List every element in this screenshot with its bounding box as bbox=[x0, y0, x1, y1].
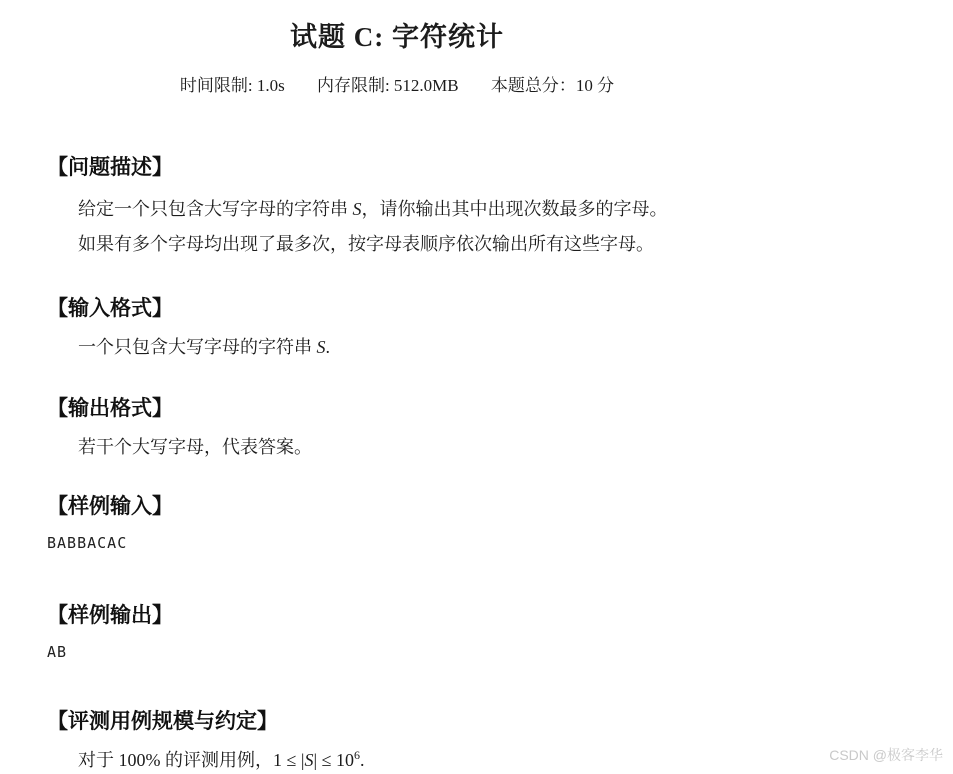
section-input-format: 【输入格式】 一个只包含大写字母的字符串 S. bbox=[47, 296, 747, 361]
constraint-formula: 1 ≤ |S| ≤ 106. bbox=[273, 750, 364, 770]
output-format-heading: 【输出格式】 bbox=[47, 396, 747, 421]
memory-limit: 内存限制: 512.0MB bbox=[317, 76, 459, 95]
output-format-body: 若干个大写字母，代表答案。 bbox=[47, 433, 747, 461]
section-sample-output: 【样例输出】 AB bbox=[47, 603, 747, 662]
section-output-format: 【输出格式】 若干个大写字母，代表答案。 bbox=[47, 396, 747, 461]
sample-input-code: BABBACAC bbox=[47, 533, 747, 553]
limits-line: 时间限制: 1.0s 内存限制: 512.0MB 本题总分：10 分 bbox=[47, 75, 747, 97]
problem-description-heading: 【问题描述】 bbox=[47, 155, 747, 180]
csdn-watermark: CSDN @极客李华 bbox=[829, 745, 943, 765]
problem-description-paragraph-1: 给定一个只包含大写字母的字符串 S，请你输出其中出现次数最多的字母。 bbox=[47, 192, 747, 227]
section-sample-input: 【样例输入】 BABBACAC bbox=[47, 494, 747, 553]
math-variable-s: S bbox=[353, 199, 362, 219]
sample-output-heading: 【样例输出】 bbox=[47, 603, 747, 628]
paragraph-text: ，请你输出其中出现次数最多的字母。 bbox=[362, 199, 668, 219]
section-constraints: 【评测用例规模与约定】 对于 100% 的评测用例，1 ≤ |S| ≤ 106. bbox=[47, 709, 747, 774]
problem-document: 试题 C: 字符统计 时间限制: 1.0s 内存限制: 512.0MB 本题总分… bbox=[0, 0, 747, 774]
paragraph-text: 给定一个只包含大写字母的字符串 bbox=[78, 199, 353, 219]
sample-output-code: AB bbox=[47, 642, 747, 662]
formula-text: | ≤ 10 bbox=[313, 750, 353, 770]
constraints-body: 对于 100% 的评测用例，1 ≤ |S| ≤ 106. bbox=[47, 746, 747, 774]
formula-text: 1 ≤ | bbox=[273, 750, 304, 770]
problem-description-paragraph-2: 如果有多个字母均出现了最多次，按字母表顺序依次输出所有这些字母。 bbox=[47, 227, 747, 262]
paragraph-text: . bbox=[326, 337, 331, 357]
math-variable-s: S bbox=[317, 337, 326, 357]
input-format-heading: 【输入格式】 bbox=[47, 296, 747, 321]
input-format-body: 一个只包含大写字母的字符串 S. bbox=[47, 333, 747, 361]
page-title: 试题 C: 字符统计 bbox=[47, 22, 747, 53]
section-problem-description: 【问题描述】 给定一个只包含大写字母的字符串 S，请你输出其中出现次数最多的字母… bbox=[47, 155, 747, 262]
constraints-heading: 【评测用例规模与约定】 bbox=[47, 709, 747, 734]
paragraph-text: 一个只包含大写字母的字符串 bbox=[78, 337, 317, 357]
total-score: 本题总分：10 分 bbox=[491, 76, 614, 95]
sample-input-heading: 【样例输入】 bbox=[47, 494, 747, 519]
time-limit: 时间限制: 1.0s bbox=[180, 76, 285, 95]
formula-text: . bbox=[360, 750, 365, 770]
paragraph-text: 对于 100% 的评测用例， bbox=[78, 750, 273, 770]
